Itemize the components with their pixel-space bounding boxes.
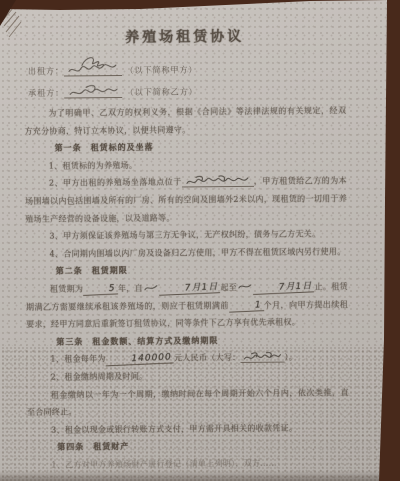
- term-mid1-text: 年，自: [118, 284, 143, 293]
- section1-clause4: 4、合同期内围墙以内厂房及设备归乙方使用，甲方不得在租赁区域内另行使用。: [25, 243, 347, 263]
- lessor-name-scribble-icon: [66, 53, 120, 77]
- section3-clause2a: 租金缴纳以一年为一个周期，缴纳时间在每个周期开始六个月内，依次类推，直至合同终止…: [27, 384, 349, 422]
- rent-post-text: ）。: [284, 353, 297, 362]
- lessee-name-scribble-icon: [66, 83, 120, 99]
- end-date-handwritten: 7月1日: [253, 282, 315, 295]
- lessor-label: 出租方：: [28, 66, 64, 75]
- clause2-pre-text: 2、甲方出租的养殖场坐落地点位于: [49, 178, 182, 188]
- annual-rent-handwritten: 140000: [106, 354, 175, 367]
- notice-months-handwritten: 1: [229, 301, 264, 313]
- term-years-handwritten: 5: [83, 284, 118, 296]
- location-scribble-icon: [184, 174, 252, 189]
- lessee-line: 承租方： （以下简称乙方）: [28, 80, 346, 105]
- amount-words-scribble-icon: [242, 351, 282, 364]
- location-handwritten-blank: [182, 174, 254, 188]
- rent-mid-text: 元人民币（大写：: [174, 353, 240, 363]
- amount-words-blank: [240, 350, 284, 363]
- section1-clause2: 2、甲方出租的养殖场坐落地点位于，甲方租赁给乙方的为本场围墙以内包括围墙及所有的…: [25, 172, 347, 228]
- lessor-name-blank: [64, 63, 122, 77]
- rent-pre-text: 1、租金每年为: [50, 354, 105, 363]
- end-year-scribble-icon: [238, 282, 252, 292]
- intro-paragraph: 为了明确甲、乙双方的权利义务，根据《合同法》等法律法规的有关规定，经双方充分协商…: [24, 102, 346, 140]
- section2-term-clause: 租赁期为5年，自7月1日起至7月1日止。租赁期满乙方需要继续承租该养殖场的，则应…: [26, 278, 348, 334]
- document-content: 养殖场租赁协议 出租方： （以下简称甲方） 承租方： （以下简称乙方） 为了明确…: [23, 0, 349, 474]
- document-page: 养殖场租赁协议 出租方： （以下简称甲方） 承租方： （以下简称乙方） 为了明确…: [0, 0, 400, 481]
- lessee-name-blank: [64, 85, 122, 99]
- section4-partial-line: 1、乙方对甲方养殖场财产进行登记（清单上列明），双方……: [27, 454, 349, 474]
- start-date-handwritten: 7月1日: [159, 283, 221, 296]
- start-year-scribble-icon: [144, 283, 158, 293]
- lessee-note: （以下简称乙方）: [126, 87, 198, 97]
- term-pre-text: 租赁期为: [50, 284, 83, 293]
- lessee-label: 承租方：: [28, 88, 64, 97]
- lessor-note: （以下简称甲方）: [125, 65, 197, 75]
- term-mid2-text: 起至: [220, 283, 237, 292]
- right-edge-shadow: [388, 0, 400, 481]
- photo-background: 养殖场租赁协议 出租方： （以下简称甲方） 承租方： （以下简称乙方） 为了明确…: [0, 0, 400, 481]
- document-title: 养殖场租赁协议: [24, 26, 346, 49]
- lessor-line: 出租方： （以下简称甲方）: [28, 58, 346, 83]
